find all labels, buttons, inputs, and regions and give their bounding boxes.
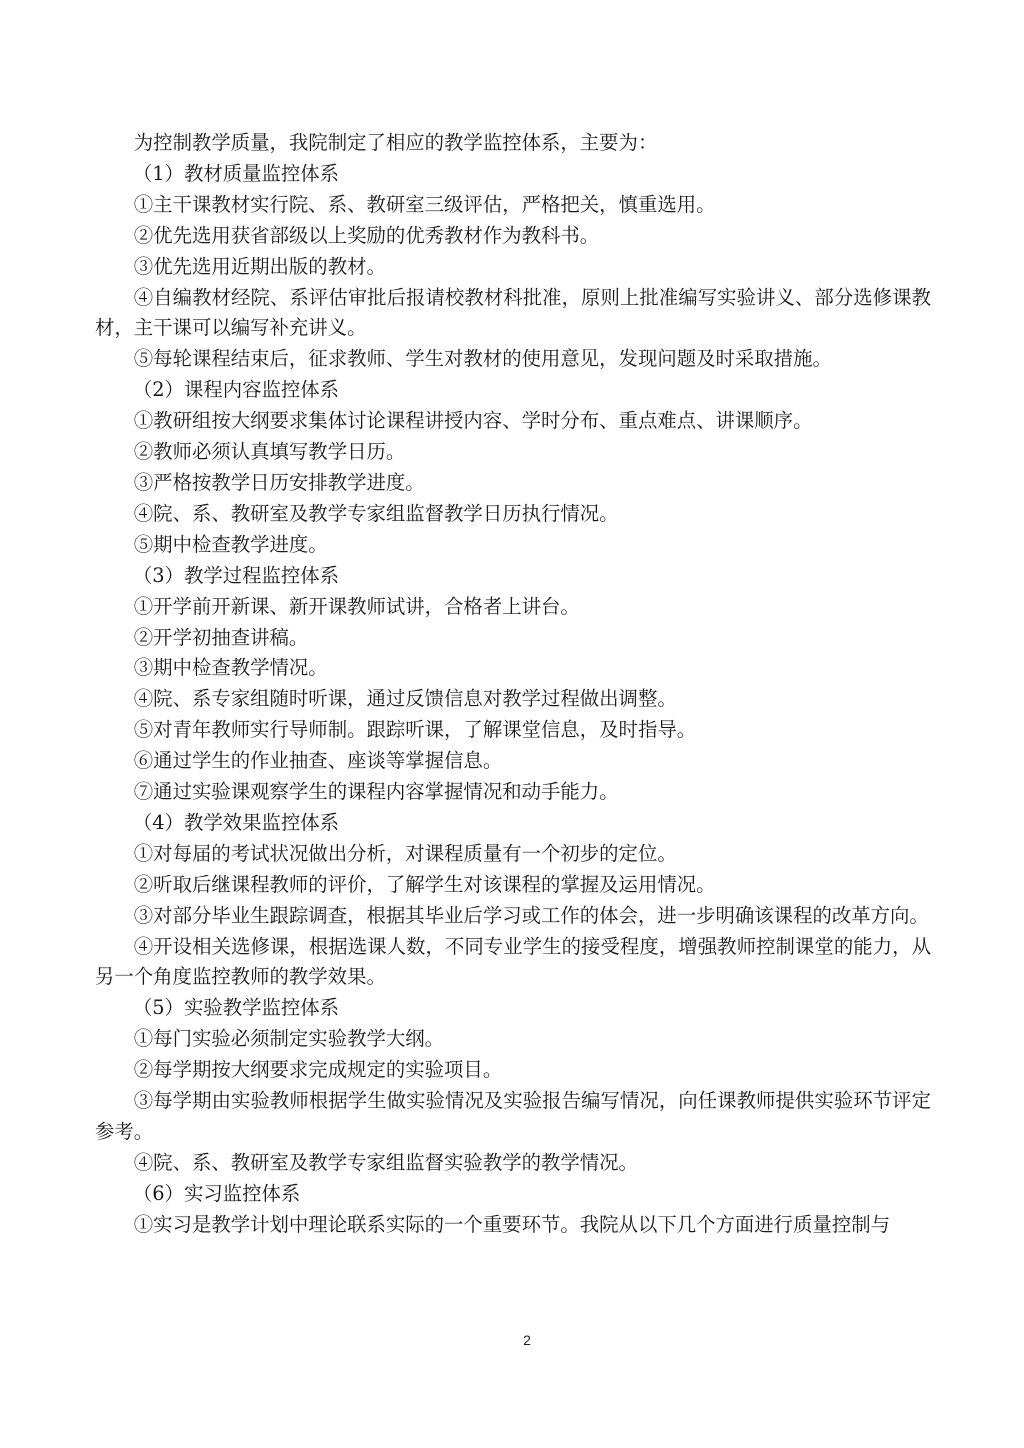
list-item: ①实习是教学计划中理论联系实际的一个重要环节。我院从以下几个方面进行质量控制与 (95, 1210, 931, 1241)
list-item: ①对每届的考试状况做出分析，对课程质量有一个初步的定位。 (95, 839, 931, 870)
section-heading: （4）教学效果监控体系 (95, 808, 931, 839)
page-number: 2 (0, 1332, 1024, 1348)
list-item: ④院、系专家组随时听课，通过反馈信息对教学过程做出调整。 (95, 684, 931, 715)
section-heading: （3）教学过程监控体系 (95, 561, 931, 592)
list-item: ③优先选用近期出版的教材。 (95, 252, 931, 283)
list-item: ①每门实验必须制定实验教学大纲。 (95, 1024, 931, 1055)
section-heading: （5）实验教学监控体系 (95, 993, 931, 1024)
list-item: ③每学期由实验教师根据学生做实验情况及实验报告编写情况，向任课教师提供实验环节评… (95, 1086, 931, 1148)
list-item: ⑦通过实验课观察学生的课程内容掌握情况和动手能力。 (95, 777, 931, 808)
list-item: ⑤期中检查教学进度。 (95, 530, 931, 561)
list-item: ①开学前开新课、新开课教师试讲，合格者上讲台。 (95, 592, 931, 623)
list-item: ②每学期按大纲要求完成规定的实验项目。 (95, 1055, 931, 1086)
list-item: ④开设相关选修课，根据选课人数，不同专业学生的接受程度，增强教师控制课堂的能力，… (95, 932, 931, 994)
list-item: ③期中检查教学情况。 (95, 653, 931, 684)
list-item: ④院、系、教研室及教学专家组监督实验教学的教学情况。 (95, 1148, 931, 1179)
list-item: ④自编教材经院、系评估审批后报请校教材科批准，原则上批准编写实验讲义、部分选修课… (95, 283, 931, 345)
section-heading: （1）教材质量监控体系 (95, 159, 931, 190)
list-item: ①教研组按大纲要求集体讨论课程讲授内容、学时分布、重点难点、讲课顺序。 (95, 406, 931, 437)
section-heading: （2）课程内容监控体系 (95, 375, 931, 406)
list-item: ③严格按教学日历安排教学进度。 (95, 468, 931, 499)
intro-paragraph: 为控制教学质量，我院制定了相应的教学监控体系，主要为： (95, 128, 931, 159)
list-item: ⑤对青年教师实行导师制。跟踪听课，了解课堂信息，及时指导。 (95, 715, 931, 746)
list-item: ②听取后继课程教师的评价，了解学生对该课程的掌握及运用情况。 (95, 870, 931, 901)
document-page: 为控制教学质量，我院制定了相应的教学监控体系，主要为： （1）教材质量监控体系 … (95, 128, 931, 1241)
list-item: ⑥通过学生的作业抽查、座谈等掌握信息。 (95, 746, 931, 777)
list-item: ②开学初抽查讲稿。 (95, 623, 931, 654)
section-heading: （6）实习监控体系 (95, 1179, 931, 1210)
list-item: ②教师必须认真填写教学日历。 (95, 437, 931, 468)
list-item: ②优先选用获省部级以上奖励的优秀教材作为教科书。 (95, 221, 931, 252)
list-item: ④院、系、教研室及教学专家组监督教学日历执行情况。 (95, 499, 931, 530)
list-item: ③对部分毕业生跟踪调查，根据其毕业后学习或工作的体会，进一步明确该课程的改革方向… (95, 901, 931, 932)
list-item: ①主干课教材实行院、系、教研室三级评估，严格把关，慎重选用。 (95, 190, 931, 221)
list-item: ⑤每轮课程结束后，征求教师、学生对教材的使用意见，发现问题及时采取措施。 (95, 344, 931, 375)
